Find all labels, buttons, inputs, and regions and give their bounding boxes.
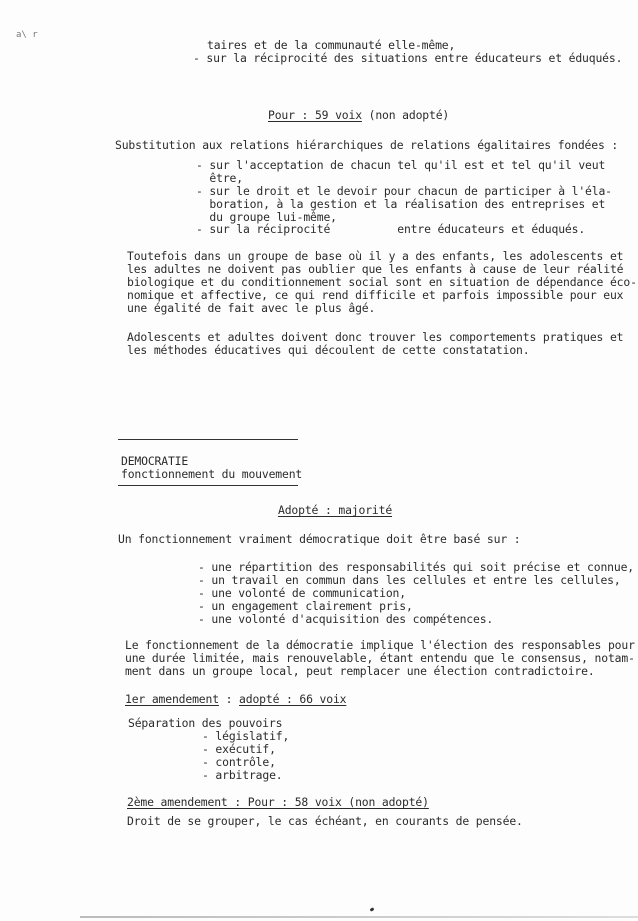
section-subtitle: fonctionnement du mouvement (121, 467, 302, 481)
paragraph-line: Toutefois dans un groupe de base où il y… (127, 249, 623, 263)
substitution-heading: Substitution aux relations hiérarchiques… (115, 138, 618, 152)
paragraph-line: les méthodes éducatives qui découlent de… (127, 343, 529, 357)
paragraph-line: ment dans un groupe local, peut remplace… (125, 664, 595, 678)
section-rule-bottom (118, 485, 298, 486)
amendment-1: 1er amendement : adopté : 66 voix (125, 692, 346, 706)
list-item: - une volonté d'acquisition des compéten… (198, 612, 493, 626)
scan-speck (370, 907, 375, 912)
closing-line: Droit de se grouper, le cas échéant, en … (127, 814, 523, 828)
vote-result-2: Adopté : majorité (278, 503, 392, 517)
list-item: - un engagement clairement pris, (198, 599, 413, 613)
amendment-1-label: 1er amendement (125, 692, 219, 706)
amendment-2: 2ème amendement : Pour : 58 voix (non ad… (127, 795, 429, 809)
substitution-line: - sur le droit et le devoir pour chacun … (196, 184, 612, 198)
list-item: - une répartition des responsabilités qu… (198, 560, 634, 574)
amendment-2-text: 2ème amendement : Pour : 58 voix (non ad… (127, 795, 429, 809)
paragraph-line: Adolescents et adultes doivent donc trou… (127, 330, 623, 344)
paragraph-line: nomique et affective, ce qui rend diffic… (127, 288, 623, 302)
intro-line-1: taires et de la communauté elle-même, (207, 38, 455, 52)
intro-line-2: - sur la réciprocité des situations entr… (193, 51, 622, 65)
list-item: - un travail en commun dans les cellules… (198, 573, 621, 587)
separation-item: - contrôle, (202, 755, 276, 769)
paragraph-line: une égalité de fait avec le plus âgé. (127, 301, 375, 315)
section-rule-top (118, 439, 298, 440)
separation-heading: Séparation des pouvoirs (128, 716, 282, 730)
amendment-1-result: adopté : 66 voix (239, 692, 346, 706)
page-bottom-edge (80, 916, 638, 918)
substitution-line: boration, à la gestion et la réalisation… (196, 197, 605, 211)
substitution-line: - sur l'acceptation de chacun tel qu'il … (196, 158, 605, 172)
substitution-line: - sur la réciprocité entre éducateurs et… (196, 222, 585, 236)
paragraph-line: une durée limitée, mais renouvelable, ét… (125, 651, 635, 665)
paragraph-line: Le fonctionnement de la démocratie impli… (125, 638, 635, 652)
corner-pen-mark: a\ r (16, 30, 38, 40)
scanned-document-page: a\ r taires et de la communauté elle-mêm… (0, 0, 638, 921)
paragraph-line: biologique et du conditionnement social … (127, 275, 637, 289)
vote-status: (non adopté) (362, 108, 449, 122)
separation-item: - exécutif, (202, 742, 276, 756)
fonctionnement-intro: Un fonctionnement vraiment démocratique … (118, 532, 520, 546)
vote-result-1: Pour : 59 voix (non adopté) (268, 108, 449, 122)
list-item: - une volonté de communication, (198, 586, 406, 600)
separation-item: - législatif, (202, 729, 289, 743)
vote-count-underlined: Pour : 59 voix (268, 108, 362, 122)
substitution-line: être, (196, 171, 243, 185)
paragraph-line: les adultes ne doivent pas oublier que l… (127, 262, 623, 276)
separator: : (219, 692, 239, 706)
vote-status-underlined: Adopté : majorité (278, 503, 392, 517)
separation-item: - arbitrage. (202, 768, 283, 782)
section-title: DEMOCRATIE (121, 454, 188, 468)
